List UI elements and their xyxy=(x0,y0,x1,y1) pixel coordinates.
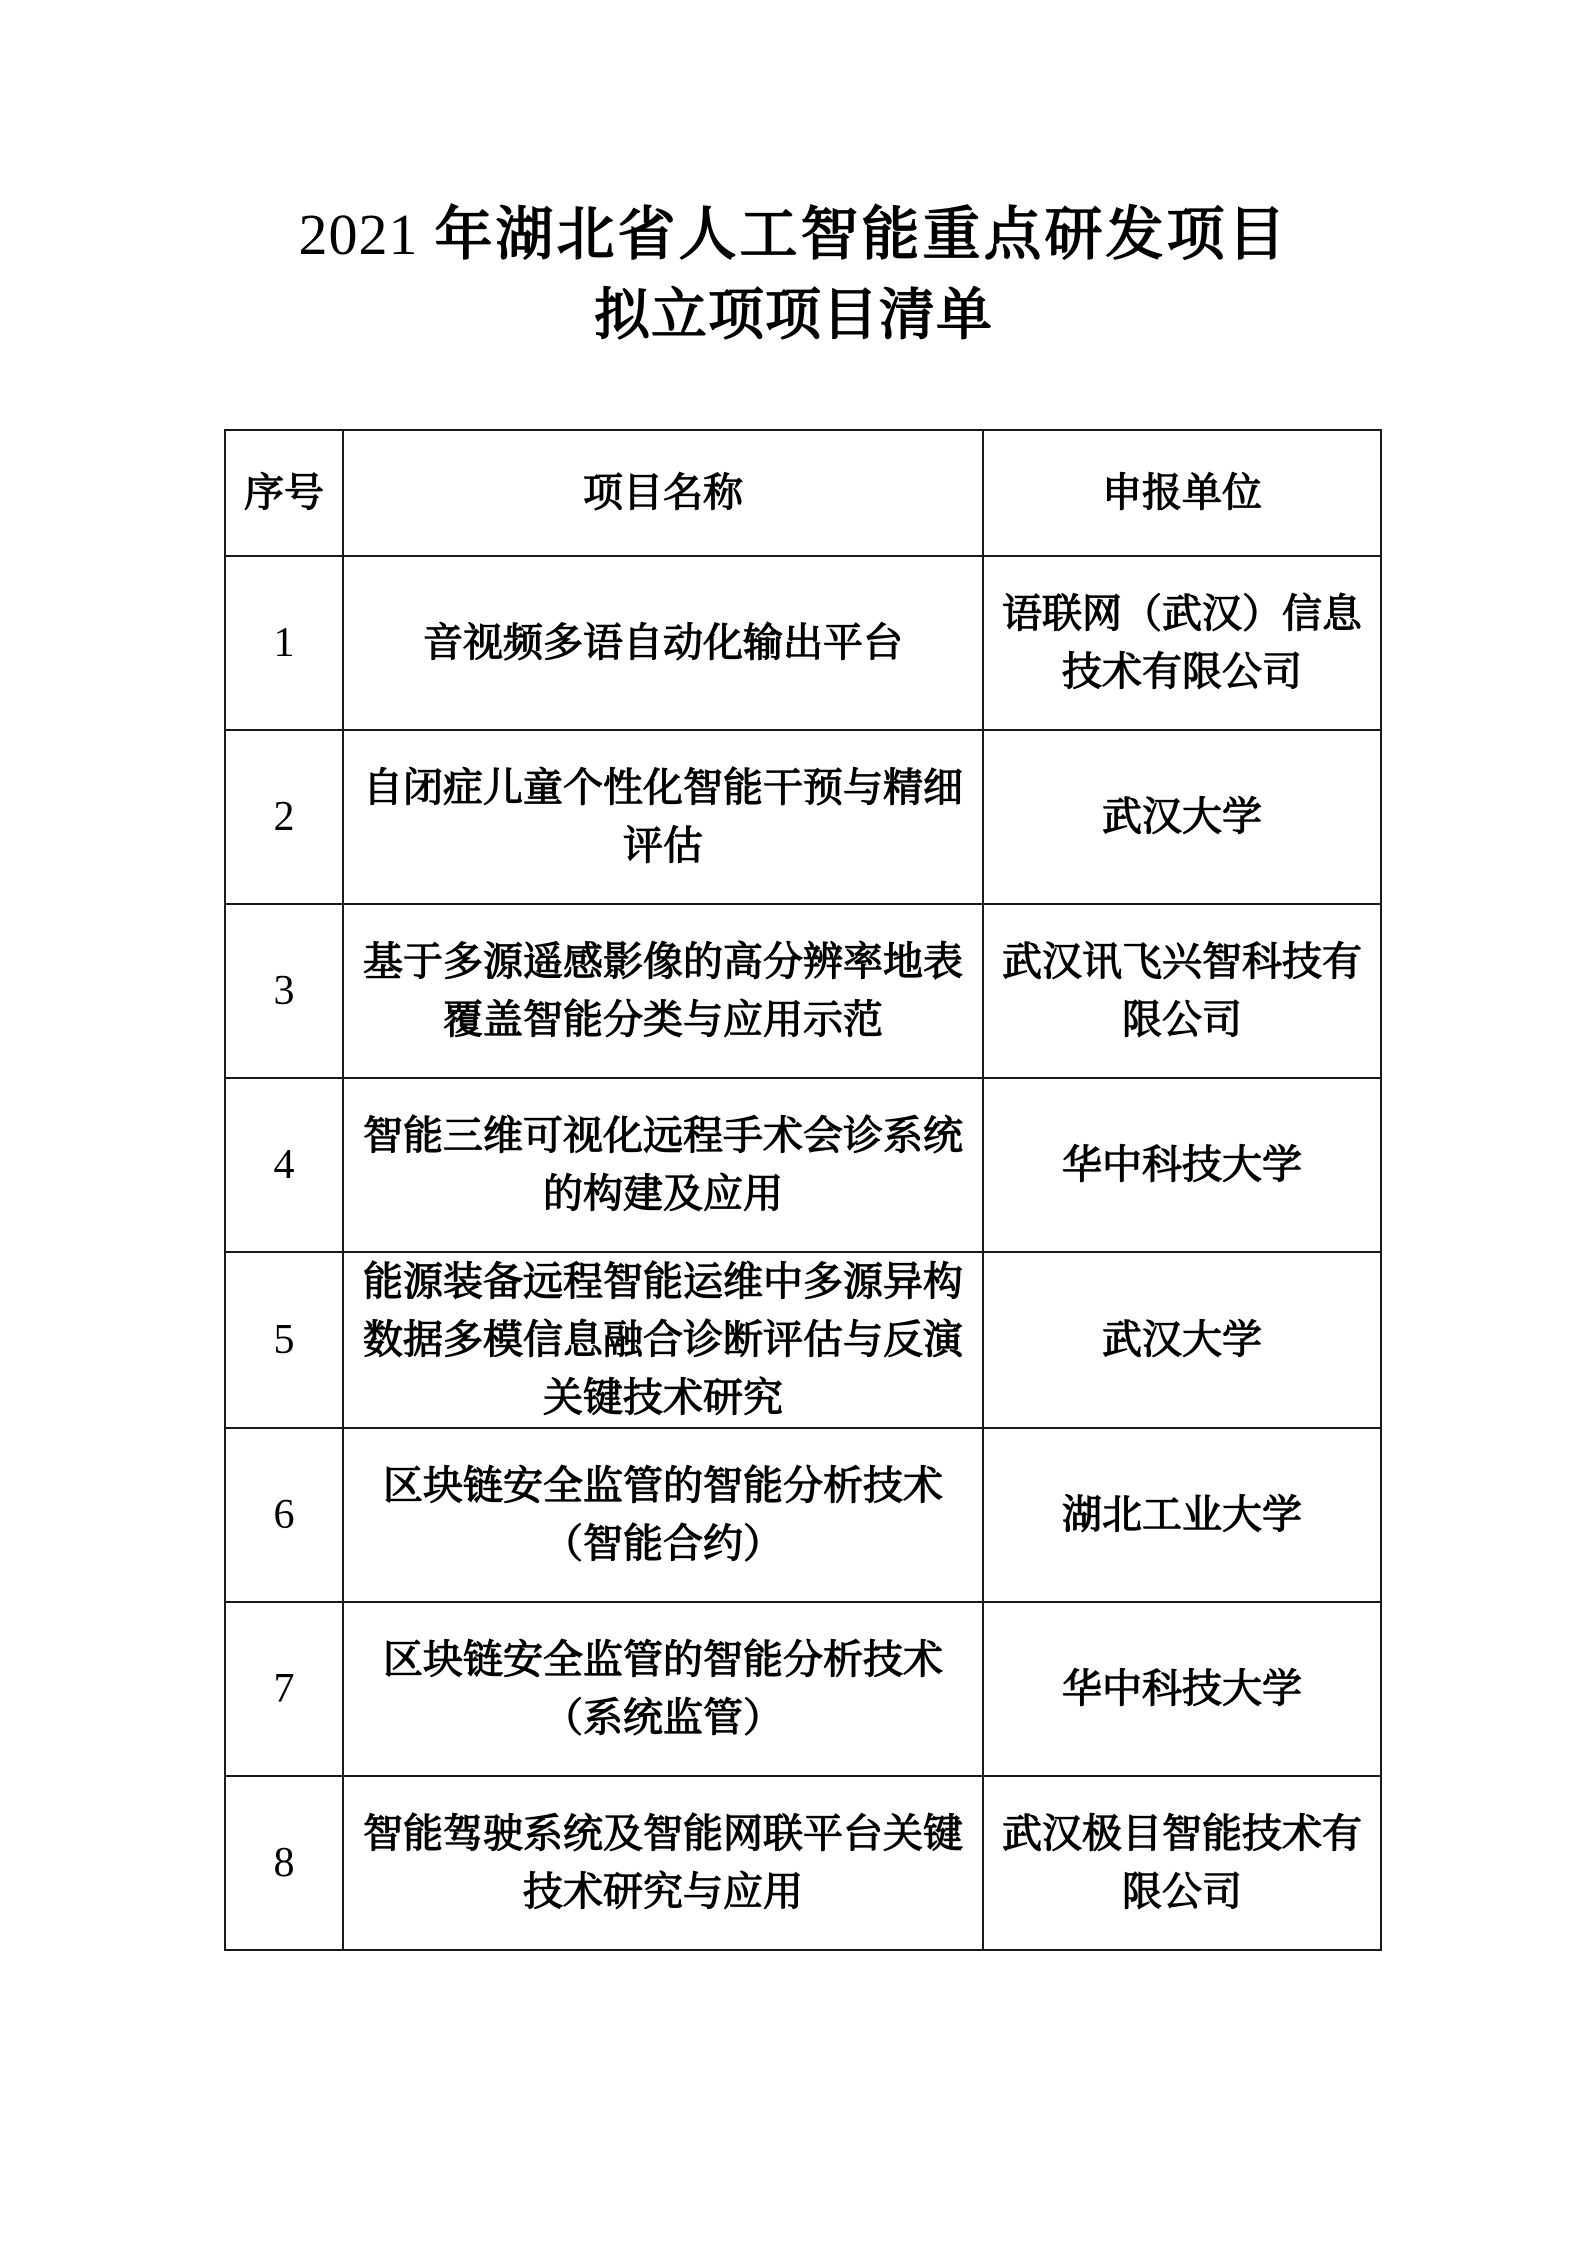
table-row: 1 音视频多语自动化输出平台 语联网（武汉）信息技术有限公司 xyxy=(225,556,1381,730)
applicant-unit: 华中科技大学 xyxy=(983,1078,1381,1252)
project-name: 区块链安全监管的智能分析技术（智能合约） xyxy=(343,1428,983,1602)
row-index: 8 xyxy=(225,1776,343,1950)
row-index: 6 xyxy=(225,1428,343,1602)
col-header-applicant-unit: 申报单位 xyxy=(983,430,1381,556)
title-line-1: 2021年湖北省人工智能重点研发项目 xyxy=(0,195,1587,275)
col-header-index: 序号 xyxy=(225,430,343,556)
table-row: 5 能源装备远程智能运维中多源异构数据多模信息融合诊断评估与反演关键技术研究 武… xyxy=(225,1252,1381,1428)
applicant-unit: 武汉大学 xyxy=(983,1252,1381,1428)
applicant-unit: 湖北工业大学 xyxy=(983,1428,1381,1602)
project-name: 智能驾驶系统及智能网联平台关键技术研究与应用 xyxy=(343,1776,983,1950)
document-page: { "title": { "year": "2021", "line1_rest… xyxy=(0,0,1587,2245)
row-index: 5 xyxy=(225,1252,343,1428)
projects-table: 序号 项目名称 申报单位 1 音视频多语自动化输出平台 语联网（武汉）信息技术有… xyxy=(224,429,1382,1951)
applicant-unit: 华中科技大学 xyxy=(983,1602,1381,1776)
project-name: 能源装备远程智能运维中多源异构数据多模信息融合诊断评估与反演关键技术研究 xyxy=(343,1252,983,1428)
table-row: 8 智能驾驶系统及智能网联平台关键技术研究与应用 武汉极目智能技术有限公司 xyxy=(225,1776,1381,1950)
row-index: 3 xyxy=(225,904,343,1078)
project-name: 基于多源遥感影像的高分辨率地表覆盖智能分类与应用示范 xyxy=(343,904,983,1078)
table-row: 6 区块链安全监管的智能分析技术（智能合约） 湖北工业大学 xyxy=(225,1428,1381,1602)
table-body: 1 音视频多语自动化输出平台 语联网（武汉）信息技术有限公司 2 自闭症儿童个性… xyxy=(225,556,1381,1950)
table-row: 7 区块链安全监管的智能分析技术（系统监管） 华中科技大学 xyxy=(225,1602,1381,1776)
title-year: 2021 xyxy=(298,202,418,267)
applicant-unit: 语联网（武汉）信息技术有限公司 xyxy=(983,556,1381,730)
project-name: 智能三维可视化远程手术会诊系统的构建及应用 xyxy=(343,1078,983,1252)
project-name: 区块链安全监管的智能分析技术（系统监管） xyxy=(343,1602,983,1776)
title-line-2: 拟立项项目清单 xyxy=(0,275,1587,355)
table-header: 序号 项目名称 申报单位 xyxy=(225,430,1381,556)
row-index: 4 xyxy=(225,1078,343,1252)
applicant-unit: 武汉讯飞兴智科技有限公司 xyxy=(983,904,1381,1078)
col-header-project-name: 项目名称 xyxy=(343,430,983,556)
row-index: 1 xyxy=(225,556,343,730)
applicant-unit: 武汉大学 xyxy=(983,730,1381,904)
table-row: 2 自闭症儿童个性化智能干预与精细评估 武汉大学 xyxy=(225,730,1381,904)
applicant-unit: 武汉极目智能技术有限公司 xyxy=(983,1776,1381,1950)
table-row: 3 基于多源遥感影像的高分辨率地表覆盖智能分类与应用示范 武汉讯飞兴智科技有限公… xyxy=(225,904,1381,1078)
project-name: 音视频多语自动化输出平台 xyxy=(343,556,983,730)
row-index: 7 xyxy=(225,1602,343,1776)
document-title: 2021年湖北省人工智能重点研发项目 拟立项项目清单 xyxy=(0,195,1587,355)
table-header-row: 序号 项目名称 申报单位 xyxy=(225,430,1381,556)
project-name: 自闭症儿童个性化智能干预与精细评估 xyxy=(343,730,983,904)
title-line-1-text: 年湖北省人工智能重点研发项目 xyxy=(434,202,1288,267)
table-row: 4 智能三维可视化远程手术会诊系统的构建及应用 华中科技大学 xyxy=(225,1078,1381,1252)
row-index: 2 xyxy=(225,730,343,904)
